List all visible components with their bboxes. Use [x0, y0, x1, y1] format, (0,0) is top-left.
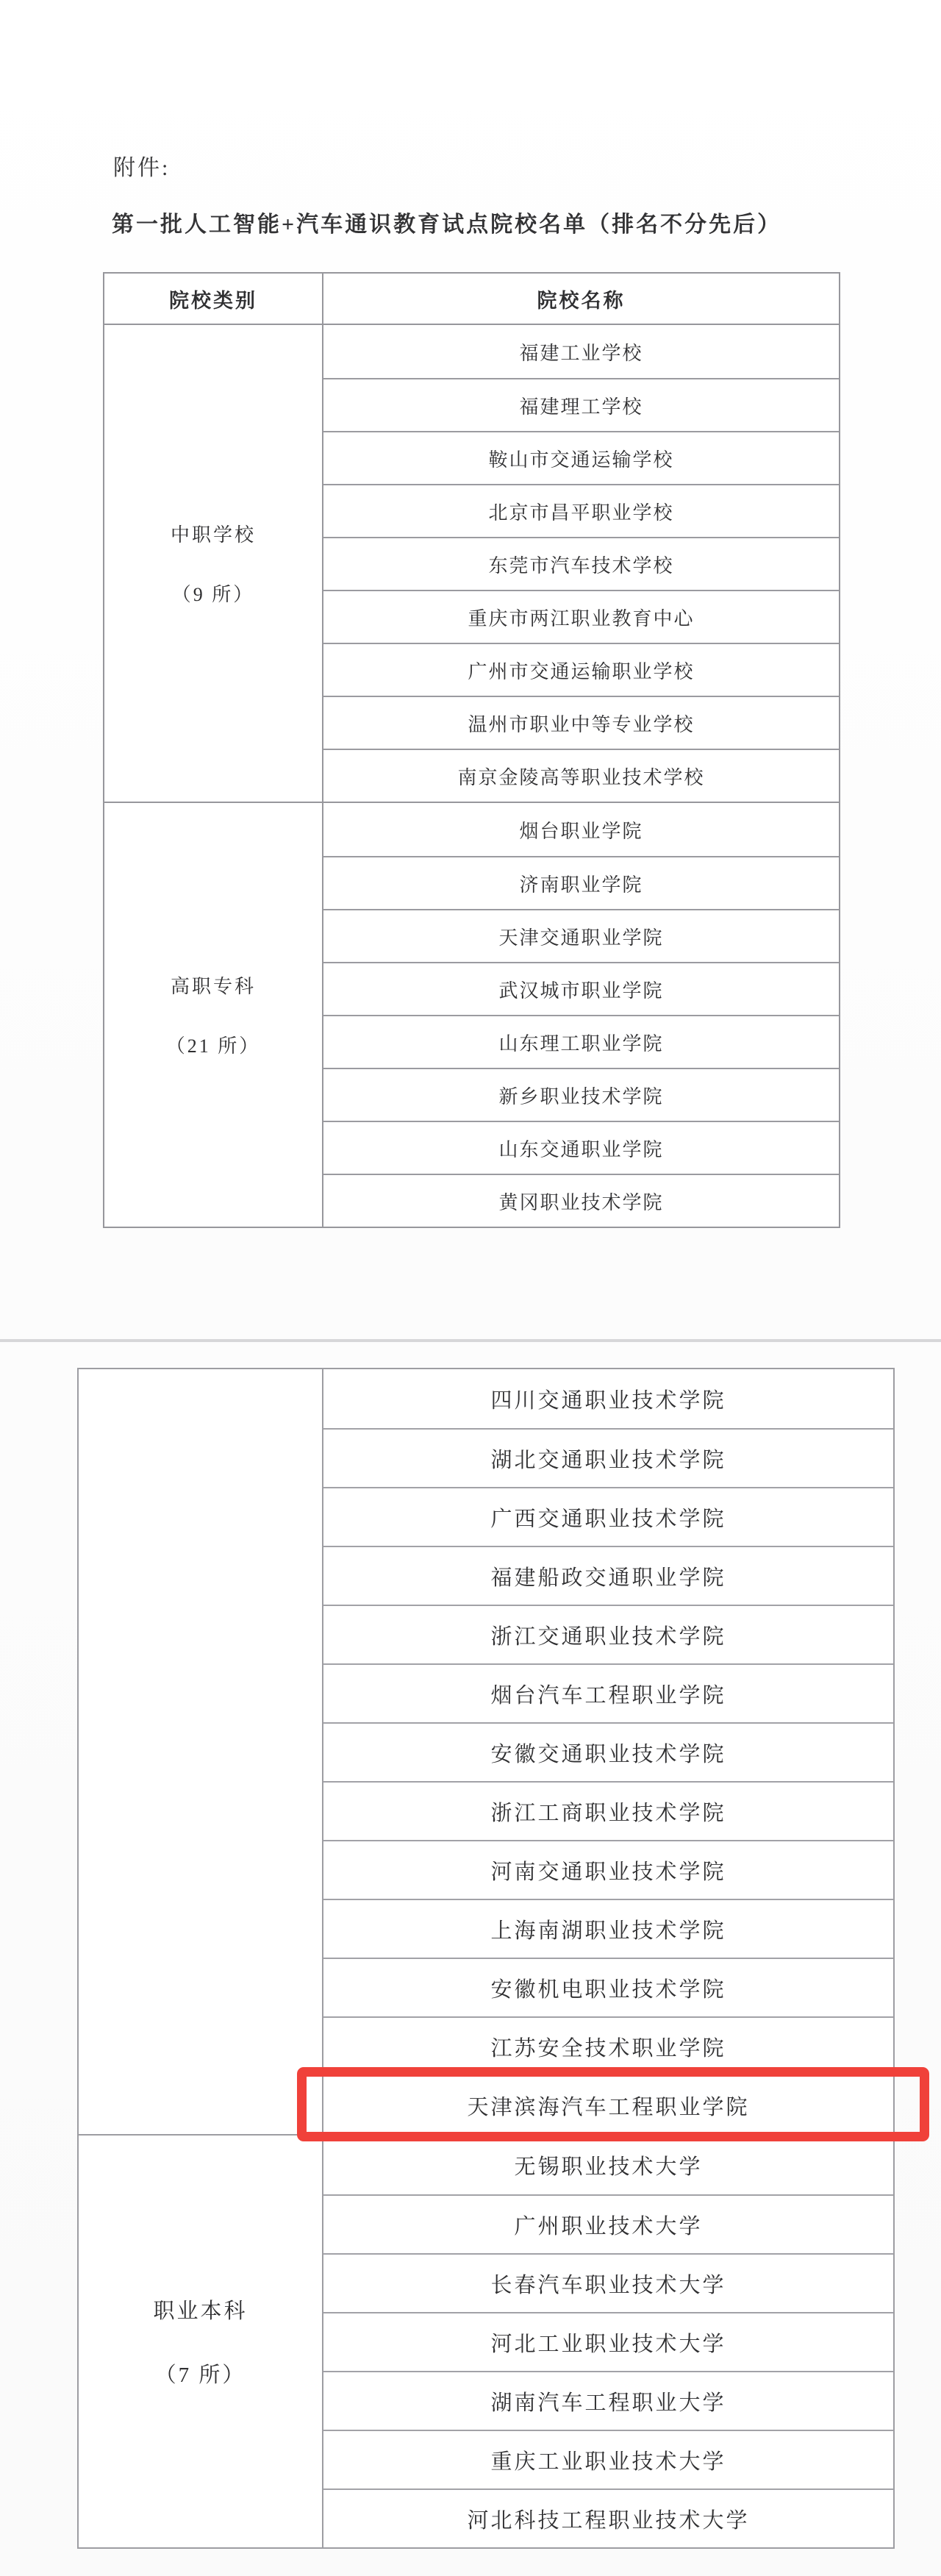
school-row: 黄冈职业技术学院 [323, 1174, 839, 1227]
section-count: （21 所） [166, 1031, 261, 1058]
table-header-row: 院校类别 院校名称 [104, 274, 839, 325]
school-row: 湖南汽车工程职业大学 [323, 2371, 893, 2430]
section-label-cell: 中职学校 （9 所） [104, 325, 323, 802]
school-row: 河北科技工程职业技术大学 [323, 2488, 893, 2547]
section-rows: 无锡职业技术大学 广州职业技术大学 长春汽车职业技术大学 河北工业职业技术大学 … [323, 2136, 893, 2547]
section-count: （9 所） [172, 579, 255, 607]
school-row: 河北工业职业技术大学 [323, 2312, 893, 2371]
school-row: 烟台职业学院 [323, 803, 839, 856]
school-row: 安徽机电职业技术学院 [323, 1958, 893, 2016]
school-table-page1: 院校类别 院校名称 中职学校 （9 所） 福建工业学校 福建理工学校 鞍山市交通… [103, 272, 840, 1228]
school-row: 浙江工商职业技术学院 [323, 1781, 893, 1840]
section-higher-vocational-part1: 高职专科 （21 所） 烟台职业学院 济南职业学院 天津交通职业学院 武汉城市职… [104, 802, 839, 1227]
section-label: 职业本科 [153, 2294, 247, 2325]
section-vocational-undergraduate: 职业本科 （7 所） 无锡职业技术大学 广州职业技术大学 长春汽车职业技术大学 … [79, 2134, 893, 2547]
page-break-line [0, 1339, 941, 1342]
school-row: 无锡职业技术大学 [323, 2136, 893, 2194]
school-row: 南京金陵高等职业技术学校 [323, 749, 839, 802]
school-table-page2: 四川交通职业技术学院 湖北交通职业技术学院 广西交通职业技术学院 福建船政交通职… [77, 1368, 895, 2549]
school-row: 安徽交通职业技术学院 [323, 1722, 893, 1781]
school-row: 新乡职业技术学院 [323, 1068, 839, 1121]
school-row: 福建工业学校 [323, 325, 839, 378]
school-row-highlighted: 天津滨海汽车工程职业学院 [323, 2075, 893, 2134]
school-row: 江苏安全技术职业学院 [323, 2016, 893, 2075]
section-label: 高职专科 [171, 971, 256, 999]
school-row: 四川交通职业技术学院 [323, 1369, 893, 1428]
school-row: 温州市职业中等专业学校 [323, 696, 839, 749]
section-rows: 四川交通职业技术学院 湖北交通职业技术学院 广西交通职业技术学院 福建船政交通职… [323, 1369, 893, 2134]
school-row: 广西交通职业技术学院 [323, 1487, 893, 1546]
section-secondary-vocational: 中职学校 （9 所） 福建工业学校 福建理工学校 鞍山市交通运输学校 北京市昌平… [104, 325, 839, 802]
section-count: （7 所） [155, 2358, 246, 2388]
school-row: 福建理工学校 [323, 378, 839, 431]
section-label-cell-empty [79, 1369, 323, 2134]
section-rows: 烟台职业学院 济南职业学院 天津交通职业学院 武汉城市职业学院 山东理工职业学院… [323, 803, 839, 1227]
section-label-cell: 高职专科 （21 所） [104, 803, 323, 1227]
school-row: 重庆工业职业技术大学 [323, 2430, 893, 2488]
school-row: 武汉城市职业学院 [323, 962, 839, 1015]
section-rows: 福建工业学校 福建理工学校 鞍山市交通运输学校 北京市昌平职业学校 东莞市汽车技… [323, 325, 839, 802]
school-row: 东莞市汽车技术学校 [323, 537, 839, 590]
school-row: 上海南湖职业技术学院 [323, 1899, 893, 1958]
header-category-cell: 院校类别 [104, 274, 323, 324]
school-row: 广州市交通运输职业学校 [323, 643, 839, 696]
section-higher-vocational-part2: 四川交通职业技术学院 湖北交通职业技术学院 广西交通职业技术学院 福建船政交通职… [79, 1369, 893, 2134]
header-name-cell: 院校名称 [323, 274, 839, 324]
school-row: 北京市昌平职业学校 [323, 484, 839, 537]
school-row: 鞍山市交通运输学校 [323, 431, 839, 484]
school-row: 重庆市两江职业教育中心 [323, 590, 839, 643]
school-row: 河南交通职业技术学院 [323, 1840, 893, 1899]
section-label-cell: 职业本科 （7 所） [79, 2136, 323, 2547]
school-row: 广州职业技术大学 [323, 2194, 893, 2253]
school-row: 山东理工职业学院 [323, 1015, 839, 1068]
school-row: 天津交通职业学院 [323, 909, 839, 962]
school-row: 山东交通职业学院 [323, 1121, 839, 1174]
school-row: 烟台汽车工程职业学院 [323, 1663, 893, 1722]
document-page: 附件: 第一批人工智能+汽车通识教育试点院校名单（排名不分先后） 院校类别 院校… [0, 0, 941, 2576]
document-title: 第一批人工智能+汽车通识教育试点院校名单（排名不分先后） [112, 206, 781, 238]
school-row: 长春汽车职业技术大学 [323, 2253, 893, 2312]
section-label: 中职学校 [171, 520, 256, 547]
attachment-label: 附件: [113, 149, 170, 182]
school-row: 湖北交通职业技术学院 [323, 1428, 893, 1487]
school-row: 福建船政交通职业学院 [323, 1546, 893, 1605]
school-row: 济南职业学院 [323, 856, 839, 909]
school-row: 浙江交通职业技术学院 [323, 1605, 893, 1663]
